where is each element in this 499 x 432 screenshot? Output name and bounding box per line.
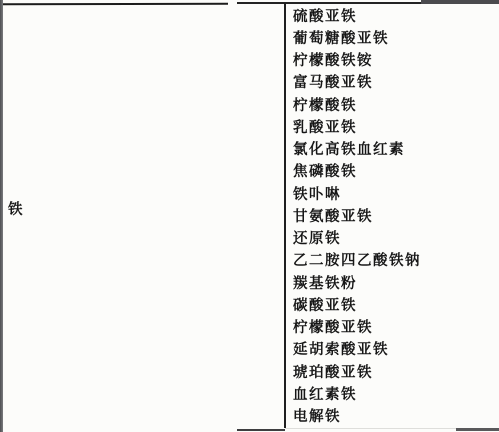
scan-edge-artifact xyxy=(0,0,3,432)
compound-name: 柠檬酸亚铁 xyxy=(293,316,373,337)
compound-name: 还原铁 xyxy=(293,227,341,248)
table-row: 氯化高铁血红素 xyxy=(286,138,499,160)
compound-name: 铁卟啉 xyxy=(293,183,341,204)
compound-name: 乙二胺四乙酸铁钠 xyxy=(293,249,421,270)
table-row: 柠檬酸铁铵 xyxy=(286,49,499,71)
table-row: 硫酸亚铁 xyxy=(286,4,499,26)
table-row: 铁卟啉 xyxy=(286,182,499,204)
table-row: 葡萄糖酸亚铁 xyxy=(286,26,499,48)
scanned-table-page: 铁 硫酸亚铁葡萄糖酸亚铁柠檬酸铁铵富马酸亚铁柠檬酸铁乳酸亚铁氯化高铁血红素焦磷酸… xyxy=(0,0,499,432)
table-bottom-border xyxy=(237,429,285,431)
compound-name: 血红素铁 xyxy=(293,383,357,404)
table-row: 甘氨酸亚铁 xyxy=(286,204,499,226)
compound-name: 富马酸亚铁 xyxy=(293,71,373,92)
table-row: 琥珀酸亚铁 xyxy=(286,360,499,382)
compound-name: 柠檬酸铁 xyxy=(293,94,357,115)
compound-name: 甘氨酸亚铁 xyxy=(293,205,373,226)
table-bottom-border xyxy=(285,428,460,429)
table-top-border xyxy=(3,3,228,6)
compound-name: 氯化高铁血红素 xyxy=(293,138,405,159)
compound-name: 柠檬酸铁铵 xyxy=(293,49,373,70)
compound-name: 电解铁 xyxy=(293,405,341,426)
table-row: 碳酸亚铁 xyxy=(286,293,499,315)
compound-name: 焦磷酸铁 xyxy=(293,160,357,181)
compound-name: 葡萄糖酸亚铁 xyxy=(293,27,389,48)
table-row: 还原铁 xyxy=(286,227,499,249)
compound-name: 琥珀酸亚铁 xyxy=(293,361,373,382)
compound-name: 碳酸亚铁 xyxy=(293,294,357,315)
table-row: 血红素铁 xyxy=(286,382,499,404)
table-row: 乙二胺四乙酸铁钠 xyxy=(286,249,499,271)
category-cell-iron: 铁 xyxy=(8,198,24,219)
compound-name: 延胡索酸亚铁 xyxy=(293,338,389,359)
table-row: 富马酸亚铁 xyxy=(286,71,499,93)
table-row: 羰基铁粉 xyxy=(286,271,499,293)
table-row: 焦磷酸铁 xyxy=(286,160,499,182)
table-bottom-border-thick xyxy=(456,428,499,431)
iron-compounds-column: 硫酸亚铁葡萄糖酸亚铁柠檬酸铁铵富马酸亚铁柠檬酸铁乳酸亚铁氯化高铁血红素焦磷酸铁铁… xyxy=(286,4,499,428)
table-row: 柠檬酸铁 xyxy=(286,93,499,115)
compound-name: 乳酸亚铁 xyxy=(293,116,357,137)
table-row: 乳酸亚铁 xyxy=(286,115,499,137)
table-row: 电解铁 xyxy=(286,405,499,427)
compound-name: 硫酸亚铁 xyxy=(293,5,357,26)
table-row: 柠檬酸亚铁 xyxy=(286,316,499,338)
compound-name: 羰基铁粉 xyxy=(293,272,357,293)
table-row: 延胡索酸亚铁 xyxy=(286,338,499,360)
